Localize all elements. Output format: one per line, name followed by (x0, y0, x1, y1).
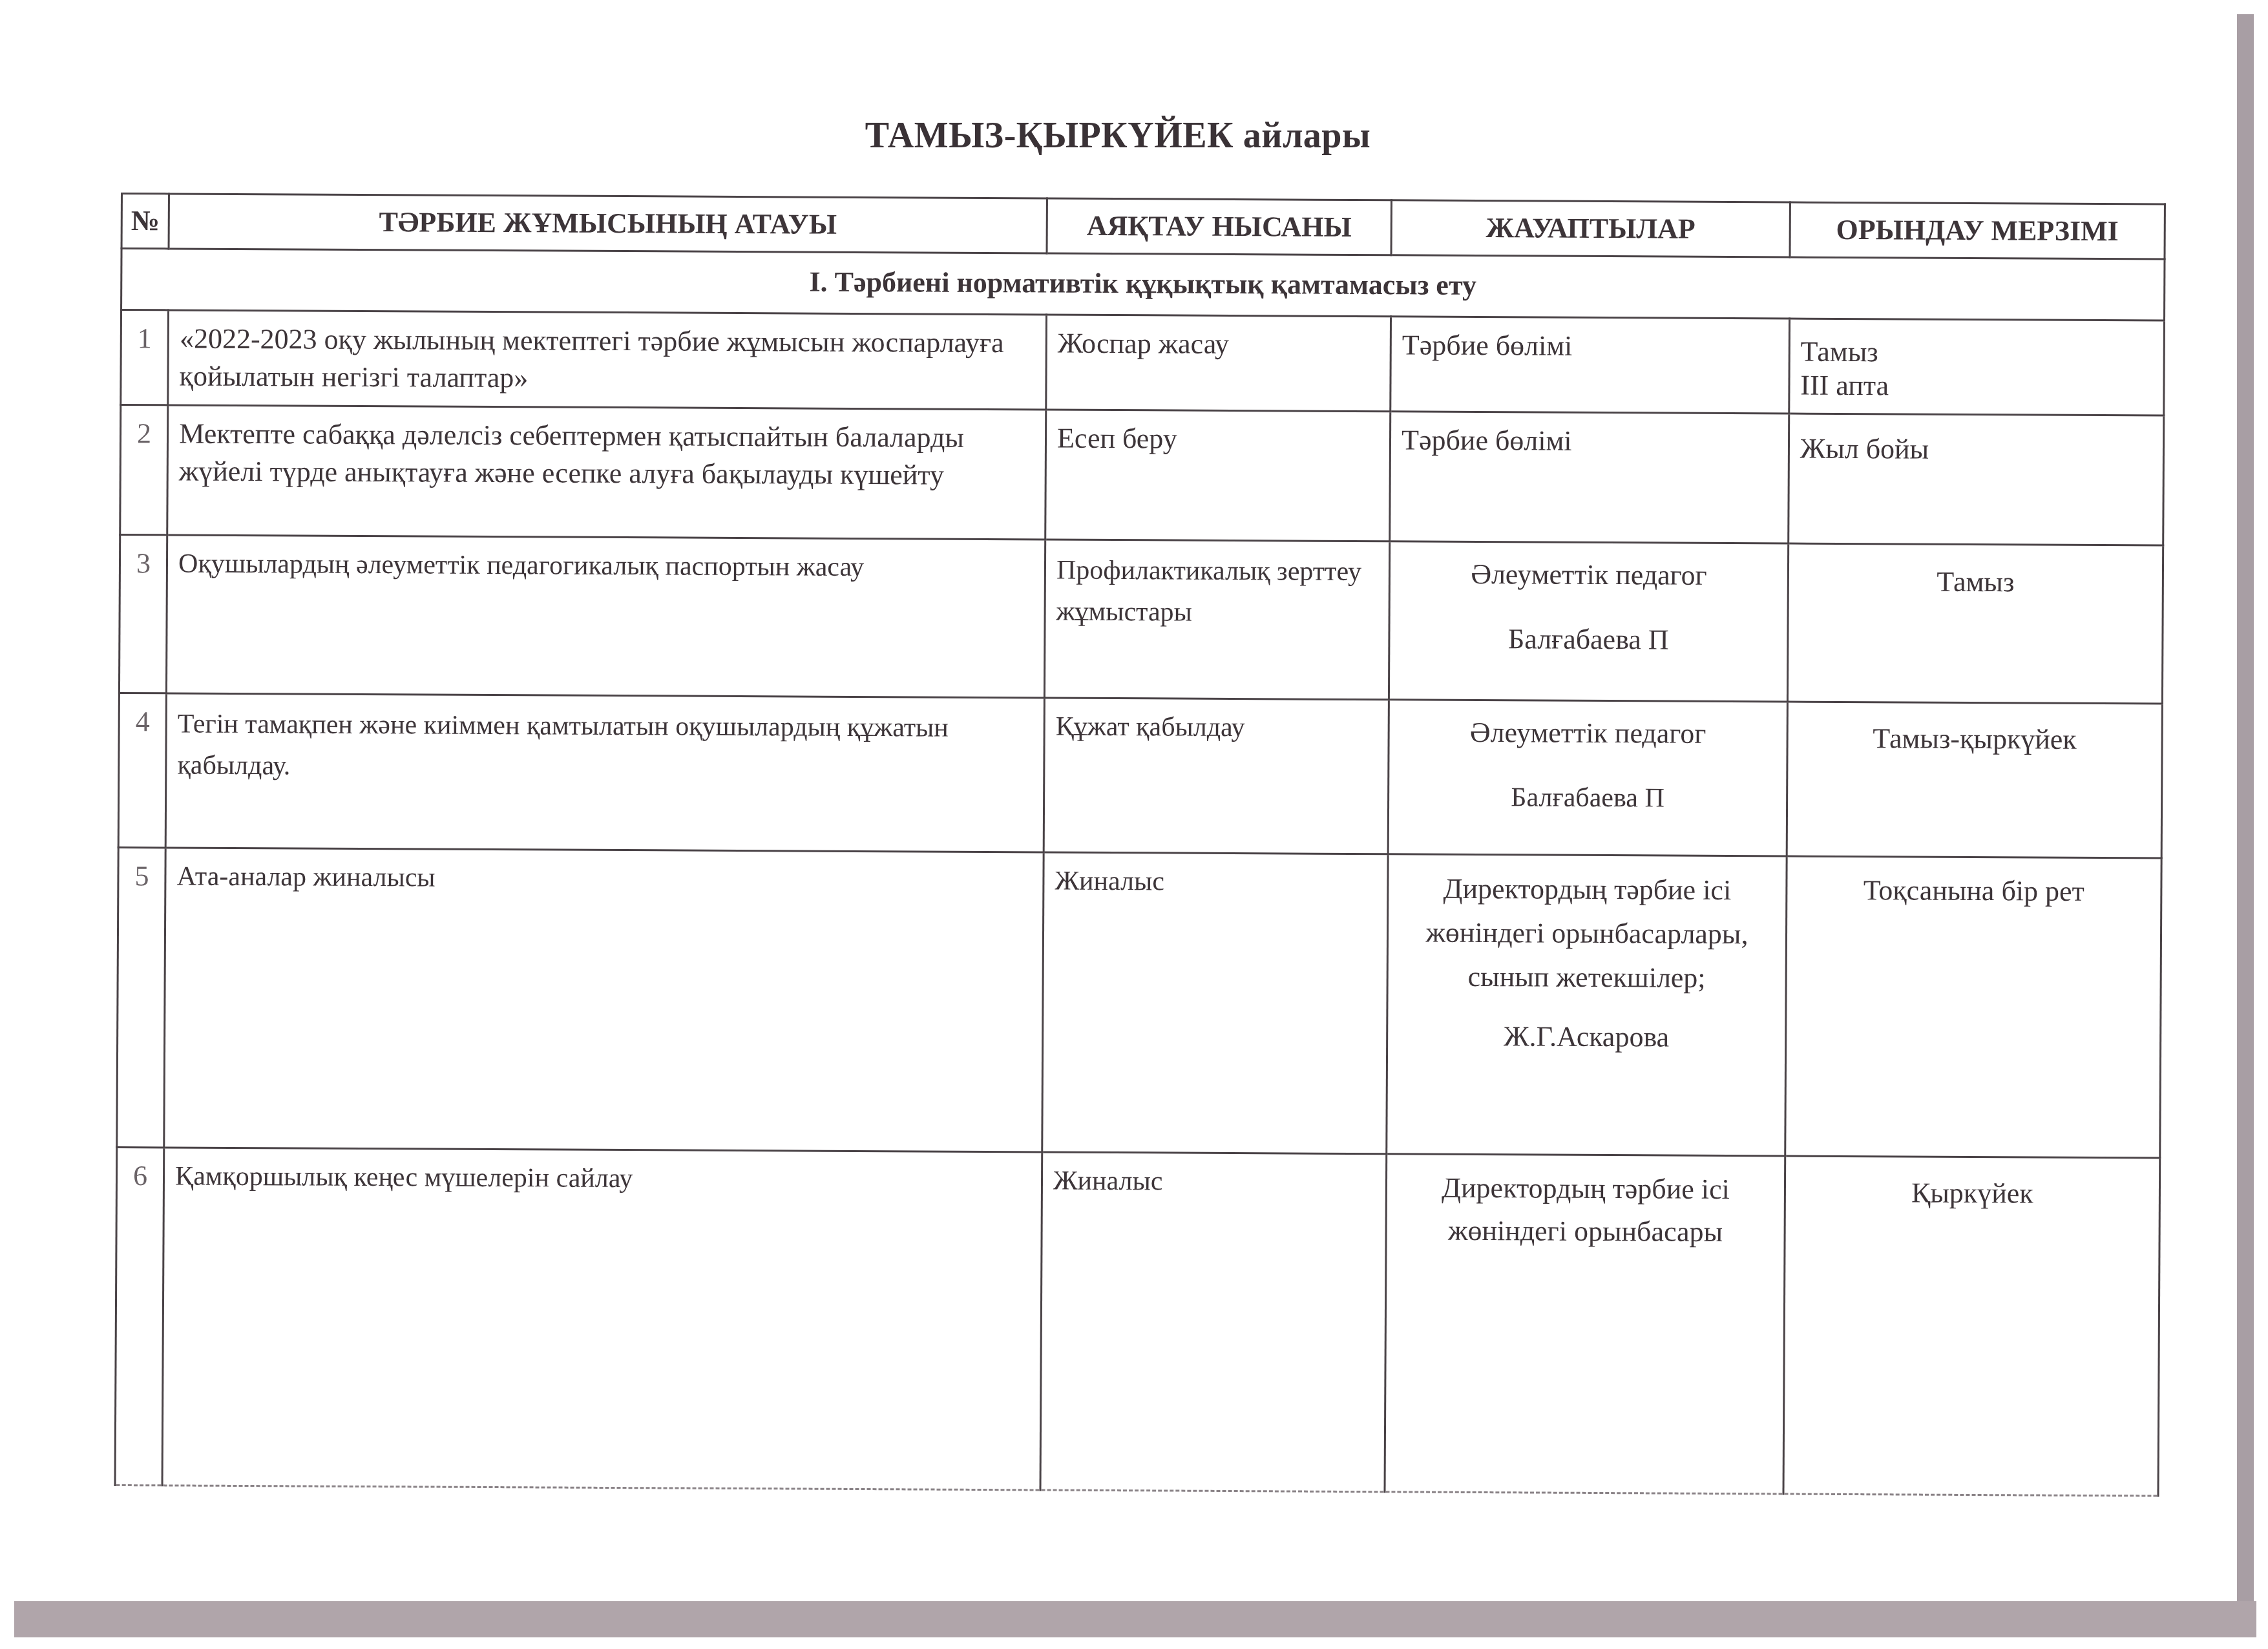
document-title: ТАМЫЗ-ҚЫРКҮЙЕК айлары (0, 115, 2236, 156)
row-deadline: Қыркүйек (1783, 1156, 2160, 1496)
table-row: 6 Қамқоршылық кеңес мүшелерін сайлау Жин… (115, 1147, 2160, 1496)
section-row: І. Тәрбиені нормативтік құқықтық қамтама… (121, 249, 2165, 321)
row-form: Профилактикалық зерттеу жұмыстары (1044, 540, 1389, 700)
row-name: Қамқоршылық кеңес мүшелерін сайлау (162, 1148, 1042, 1490)
responsible-line: Балғабаева П (1400, 778, 1776, 817)
row-responsible: Директордың тәрбие ісі жөніндегі орынбас… (1387, 854, 1787, 1156)
deadline-line: ІІІ апта (1800, 369, 2152, 404)
row-deadline: Тоқсанына бір рет (1785, 856, 2162, 1158)
table-row: 5 Ата-аналар жиналысы Жиналыс Директорды… (117, 847, 2161, 1158)
responsible-line: Балғабаева П (1400, 620, 1776, 659)
table-header-row: № ТӘРБИЕ ЖҰМЫСЫНЫҢ АТАУЫ АЯҚТАУ НЫСАНЫ Ж… (121, 194, 2165, 260)
responsible-line: Тәрбие бөлімі (1402, 421, 1778, 461)
responsible-line: Директордың тәрбие ісі жөніндегі орынбас… (1398, 1166, 1774, 1254)
row-responsible: Әлеуметтік педагог Балғабаева П (1389, 541, 1789, 702)
row-form: Жиналыс (1042, 852, 1389, 1154)
row-responsible: Тәрбие бөлімі (1390, 412, 1789, 543)
deadline-line: Тамыз-қыркүйек (1798, 720, 2150, 759)
responsible-line: Ж.Г.Аскарова (1398, 1014, 1774, 1060)
deadline-line: Тамыз (1800, 563, 2152, 602)
header-deadline: ОРЫНДАУ МЕРЗІМІ (1790, 202, 2165, 259)
row-form: Құжат қабылдау (1044, 698, 1389, 854)
table-row: 3 Оқушылардың әлеуметтік педагогикалық п… (119, 535, 2163, 704)
row-number: 3 (119, 535, 167, 693)
responsible-line: Директордың тәрбие ісі жөніндегі орынбас… (1399, 867, 1776, 1000)
responsible-line: Әлеуметтік педагог (1401, 555, 1777, 594)
table-row: 1 «2022-2023 оқу жылының мектептегі тәрб… (121, 310, 2165, 416)
deadline-line: Қыркүйек (1796, 1174, 2148, 1213)
row-name: Оқушылардың әлеуметтік педагогикалық пас… (167, 535, 1045, 698)
header-form: АЯҚТАУ НЫСАНЫ (1047, 198, 1392, 255)
row-name: Ата-аналар жиналысы (164, 848, 1044, 1152)
row-deadline: Тамыз-қыркүйек (1787, 702, 2162, 858)
row-number: 2 (120, 405, 168, 535)
row-form: Жиналыс (1040, 1152, 1387, 1492)
deadline-line: Тамыз (1800, 335, 2152, 371)
row-name: «2022-2023 оқу жылының мектептегі тәрбие… (168, 310, 1047, 410)
scanner-edge-right (2237, 14, 2254, 1610)
row-deadline: Тамыз (1787, 543, 2163, 704)
header-responsible: ЖАУАПТЫЛАР (1391, 200, 1790, 257)
responsible-line: Тәрбие бөлімі (1402, 326, 1778, 366)
plan-table-wrapper: № ТӘРБИЕ ЖҰМЫСЫНЫҢ АТАУЫ АЯҚТАУ НЫСАНЫ Ж… (114, 193, 2166, 1497)
table-row: 2 Мектепте сабаққа дәлелсіз себептермен … (120, 405, 2164, 546)
plan-table: № ТӘРБИЕ ЖҰМЫСЫНЫҢ АТАУЫ АЯҚТАУ НЫСАНЫ Ж… (114, 193, 2166, 1497)
header-number: № (121, 194, 169, 249)
row-responsible: Директордың тәрбие ісі жөніндегі орынбас… (1385, 1154, 1785, 1494)
responsible-line: Әлеуметтік педагог (1400, 713, 1776, 753)
row-number: 5 (117, 847, 166, 1147)
row-number: 6 (115, 1147, 164, 1485)
row-name: Мектепте сабаққа дәлелсіз себептермен қа… (167, 405, 1046, 540)
row-name: Тегін тамақпен және киіммен қамтылатын о… (165, 693, 1044, 852)
row-deadline: Тамыз ІІІ апта (1789, 319, 2165, 415)
scanner-edge-bottom (14, 1601, 2256, 1637)
table-row: 4 Тегін тамақпен және киіммен қамтылатын… (118, 693, 2162, 858)
scanned-page: ТАМЫЗ-ҚЫРКҮЙЕК айлары № ТӘРБИЕ ЖҰМЫСЫНЫҢ… (0, 0, 2236, 1601)
row-responsible: Әлеуметтік педагог Балғабаева П (1388, 700, 1787, 856)
deadline-line: Жыл бойы (1800, 430, 2152, 470)
row-number: 4 (118, 693, 166, 847)
section-title: І. Тәрбиені нормативтік құқықтық қамтама… (121, 249, 2165, 321)
row-deadline: Жыл бойы (1789, 414, 2164, 545)
row-responsible: Тәрбие бөлімі (1391, 317, 1789, 414)
row-form: Есеп беру (1045, 410, 1391, 541)
row-number: 1 (121, 310, 169, 405)
deadline-line: Тоқсанына бір рет (1798, 872, 2150, 911)
row-form: Жоспар жасау (1046, 315, 1391, 412)
header-name: ТӘРБИЕ ЖҰМЫСЫНЫҢ АТАУЫ (169, 194, 1047, 253)
